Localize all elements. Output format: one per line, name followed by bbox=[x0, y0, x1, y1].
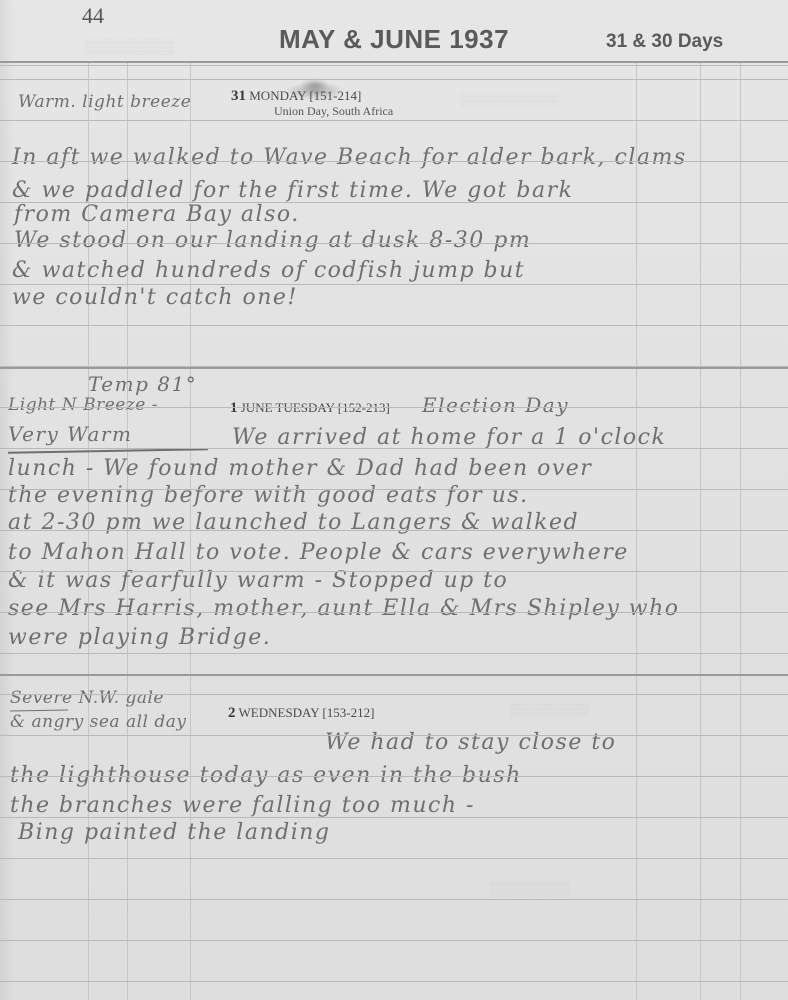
entry-line: Bing painted the landing bbox=[18, 820, 331, 845]
title-note: Election Day bbox=[422, 393, 569, 417]
ruling-line bbox=[0, 571, 788, 572]
day-number: 31 bbox=[231, 88, 246, 104]
ruling-line bbox=[0, 407, 788, 408]
ink-smudge bbox=[300, 78, 330, 92]
underline-stroke bbox=[8, 448, 208, 453]
ruling-line bbox=[0, 530, 788, 531]
weather-note: Light N Breeze - bbox=[8, 395, 158, 415]
entry-line: from Camera Bay also. bbox=[14, 202, 300, 227]
weather-note: Very Warm bbox=[8, 422, 132, 446]
ruling-line bbox=[0, 325, 788, 326]
ruling-line bbox=[0, 899, 788, 900]
ruling-line bbox=[0, 981, 788, 982]
ruling-line bbox=[0, 940, 788, 941]
header-rule bbox=[0, 65, 788, 66]
ruling-line bbox=[0, 284, 788, 285]
entry-line: In aft we walked to Wave Beach for alder… bbox=[12, 145, 687, 170]
ruling-line bbox=[0, 243, 788, 244]
days-count: 31 & 30 Days bbox=[606, 31, 723, 53]
ruling-line bbox=[0, 202, 788, 203]
show-through-text: ▒▒▒▒▒▒▒▒▒▒ bbox=[460, 92, 559, 108]
entry-divider bbox=[0, 674, 788, 676]
entry-line: the evening before with good eats for us… bbox=[8, 483, 529, 508]
weather-note: Severe N.W. gale bbox=[10, 688, 164, 708]
holiday-label: Union Day, South Africa bbox=[274, 104, 393, 119]
day-number: 1 bbox=[230, 400, 238, 416]
page-number: 44 bbox=[82, 3, 104, 29]
entry-line: the branches were falling too much - bbox=[10, 793, 475, 818]
entry-line: We stood on our landing at dusk 8-30 pm bbox=[14, 228, 531, 253]
day-label: WEDNESDAY [153-212] bbox=[239, 705, 375, 720]
entry-line: see Mrs Harris, mother, aunt Ella & Mrs … bbox=[8, 596, 680, 621]
show-through-text: ▒▒▒▒▒▒▒▒▒ bbox=[85, 38, 174, 54]
ruling-line bbox=[0, 735, 788, 736]
ruling-line bbox=[0, 448, 788, 449]
entry-divider bbox=[0, 367, 788, 369]
entry-line: We had to stay close to bbox=[325, 730, 616, 755]
temperature-note: Temp 81° bbox=[88, 372, 197, 396]
diary-page: ▒▒▒▒▒▒▒▒▒ ▒▒▒▒▒▒▒▒▒▒ ▒▒▒▒▒▒▒▒ ▒▒▒▒▒▒▒▒ 4… bbox=[0, 0, 788, 1000]
entry-line: we couldn't catch one! bbox=[12, 285, 298, 310]
ruling-line bbox=[0, 858, 788, 859]
ruling-line bbox=[0, 161, 788, 162]
ruling-line bbox=[0, 694, 788, 695]
entry-line: at 2-30 pm we launched to Langers & walk… bbox=[8, 510, 579, 535]
entry-line: We arrived at home for a 1 o'clock bbox=[232, 425, 666, 450]
day-number: 2 bbox=[228, 705, 236, 721]
date-heading: 2 WEDNESDAY [153-212] bbox=[228, 705, 374, 722]
entry-line: lunch - We found mother & Dad had been o… bbox=[8, 456, 592, 481]
ruling-line bbox=[0, 79, 788, 80]
header-rule bbox=[0, 61, 788, 63]
ruling-line bbox=[0, 653, 788, 654]
ruling-line bbox=[0, 489, 788, 490]
entry-line: & watched hundreds of codfish jump but bbox=[12, 258, 525, 283]
weather-note: & angry sea all day bbox=[10, 712, 187, 732]
entry-line: were playing Bridge. bbox=[8, 625, 271, 650]
ruling-line bbox=[0, 776, 788, 777]
date-heading: 1 JUNE TUESDAY [152-213] bbox=[230, 400, 390, 417]
show-through-text: ▒▒▒▒▒▒▒▒ bbox=[510, 700, 589, 716]
weather-note: Warm. light breeze bbox=[18, 92, 191, 112]
entry-line: & we paddled for the first time. We got … bbox=[12, 178, 573, 203]
ruling-line bbox=[0, 612, 788, 613]
show-through-text: ▒▒▒▒▒▒▒▒ bbox=[490, 880, 569, 896]
page-title: MAY & JUNE 1937 bbox=[279, 24, 509, 55]
ruling-line bbox=[0, 817, 788, 818]
ruling-line bbox=[0, 120, 788, 121]
entry-line: to Mahon Hall to vote. People & cars eve… bbox=[8, 540, 629, 565]
